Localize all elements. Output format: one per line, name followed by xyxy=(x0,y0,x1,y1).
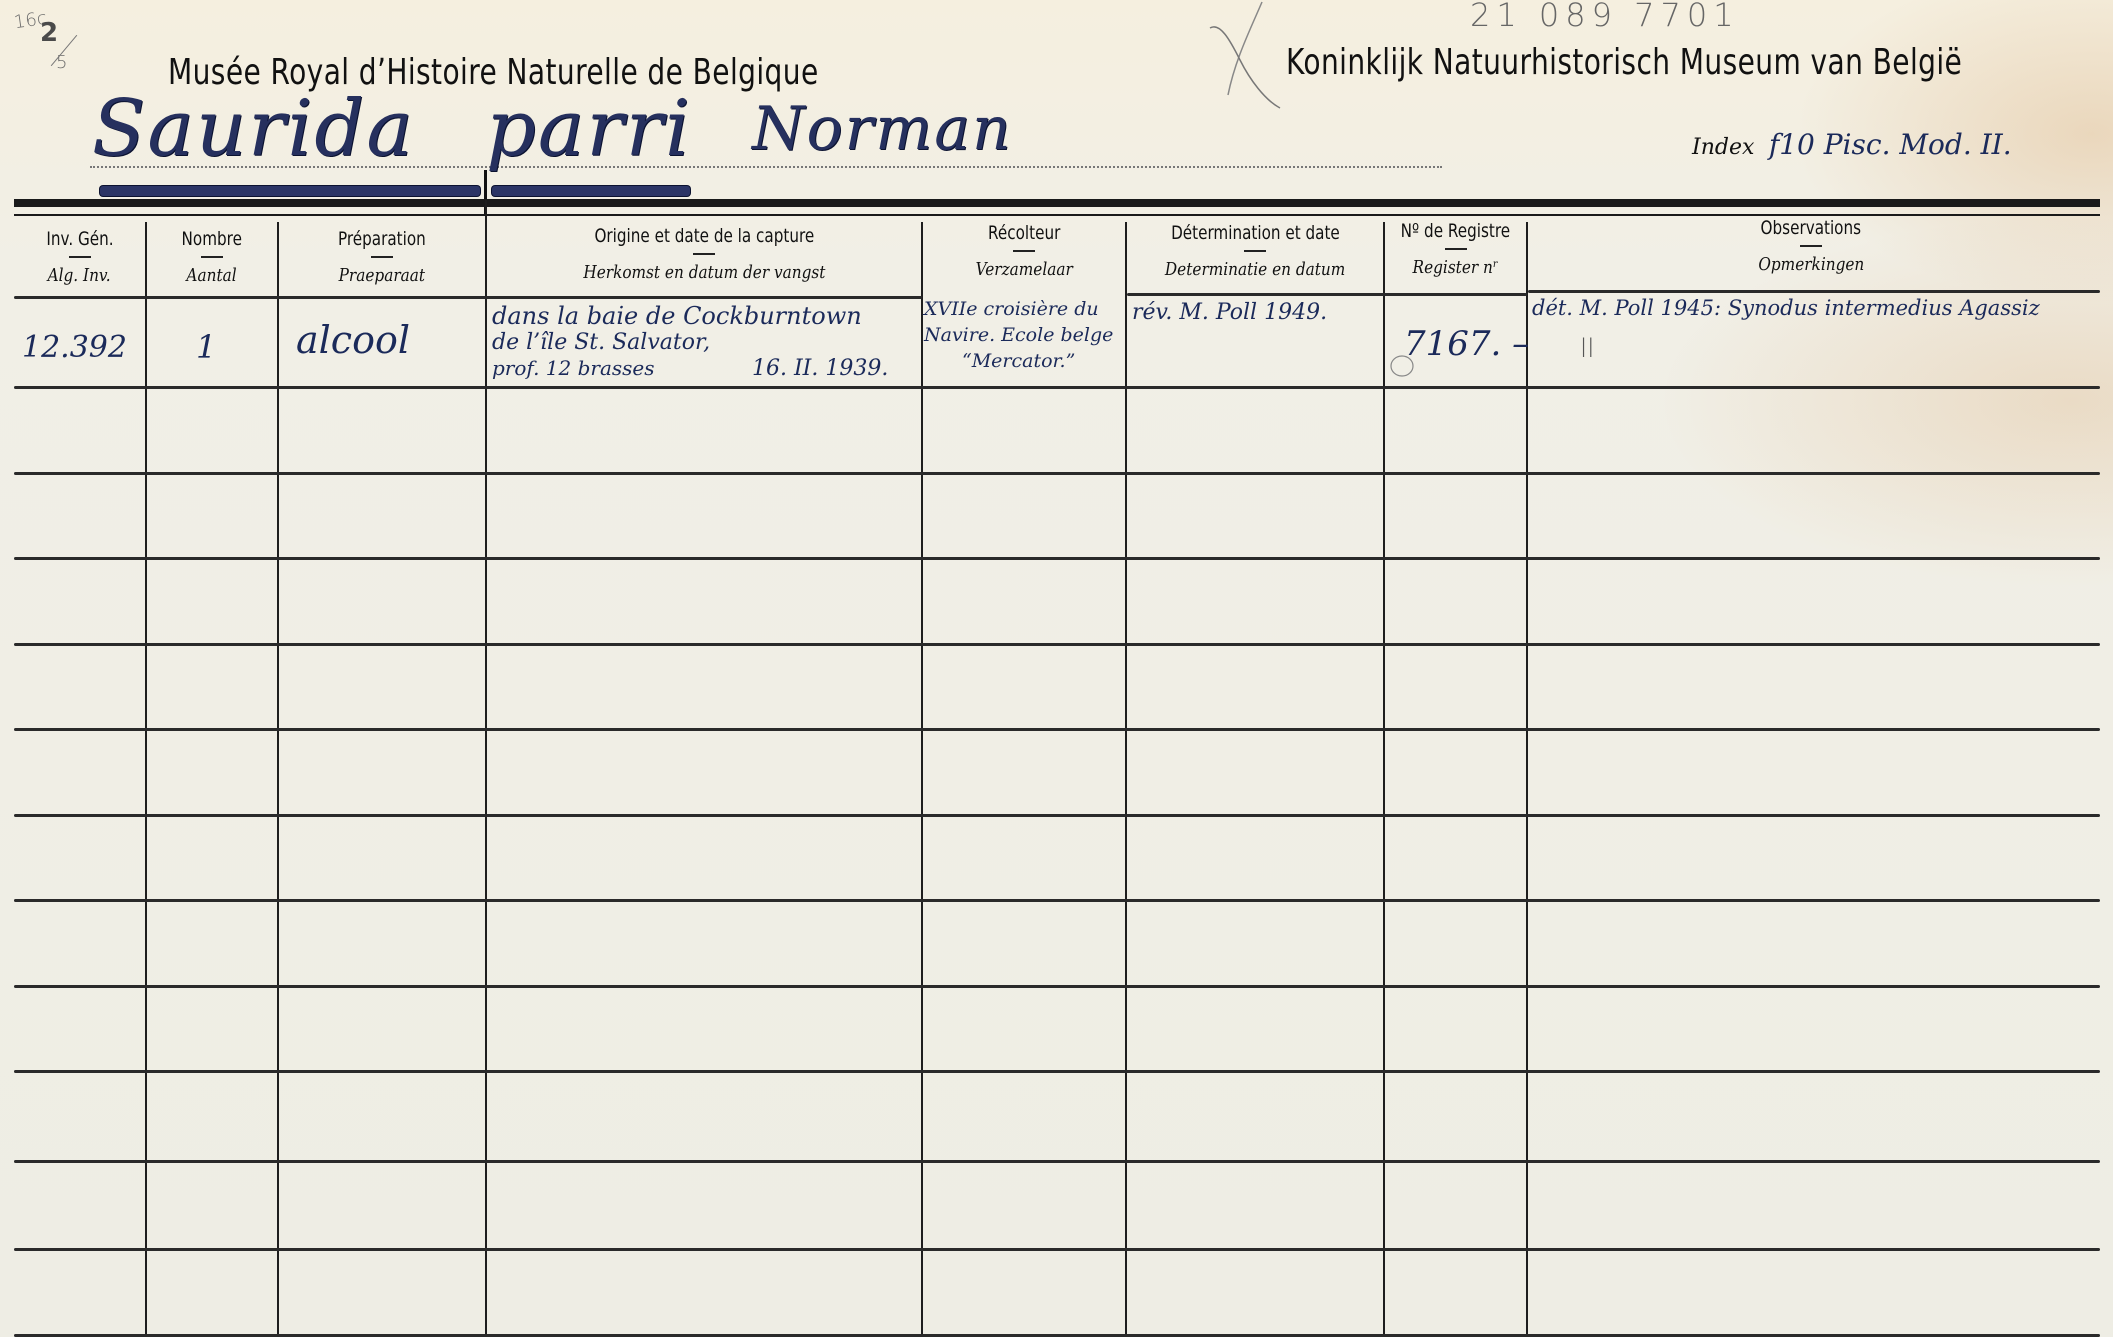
header-dash xyxy=(1445,248,1467,250)
column-divider-1 xyxy=(145,222,147,1337)
column-header-fr: Nombre xyxy=(182,228,242,250)
column-header-nl: Aantal xyxy=(187,265,237,286)
row-line xyxy=(14,386,2100,389)
header-dash xyxy=(1800,245,1822,247)
header-dash xyxy=(69,256,91,258)
column-divider-3 xyxy=(485,200,487,1337)
index-label: Index xyxy=(1692,135,1754,160)
museum-title-dutch: Koninklijk Natuurhistorisch Museum van B… xyxy=(1286,42,1962,83)
cell-nombre: 1 xyxy=(196,328,216,366)
species-epithet: parri xyxy=(486,84,692,174)
cell-registre: 7167. – xyxy=(1404,324,1529,364)
pencil-circle-mark xyxy=(1388,352,1416,380)
column-divider-6 xyxy=(1383,222,1385,1337)
row-line xyxy=(14,472,2100,475)
column-header-registre: Nº de Registre Register nʳ xyxy=(1385,220,1526,278)
index-value: f10 Pisc. Mod. II. xyxy=(1769,128,2012,161)
header-bottom-line xyxy=(1127,293,1527,296)
cell-origine-line-3: prof. 12 brasses xyxy=(492,356,655,380)
column-divider-2 xyxy=(277,222,279,1337)
cell-determination: rév. M. Poll 1949. xyxy=(1132,300,1327,325)
row-line xyxy=(14,557,2100,560)
column-header-origine: Origine et date de la capture Herkomst e… xyxy=(487,225,921,283)
column-header-nl: Alg. Inv. xyxy=(48,265,111,286)
column-header-nombre: Nombre Aantal xyxy=(147,228,277,286)
genus-underline xyxy=(100,186,480,196)
cell-recolteur-line-2: Navire. Ecole belge xyxy=(924,324,1113,346)
column-header-observations: Observations Opmerkingen xyxy=(1528,217,2094,275)
cell-inv-gen: 12.392 xyxy=(22,330,127,365)
cell-origine-date: 16. II. 1939. xyxy=(752,356,888,381)
column-header-fr: Nº de Registre xyxy=(1401,220,1510,242)
column-divider-4 xyxy=(921,222,923,1337)
column-header-fr: Détermination et date xyxy=(1171,222,1340,244)
column-header-fr: Origine et date de la capture xyxy=(594,225,814,247)
row-line xyxy=(14,814,2100,817)
column-header-nl: Determinatie en datum xyxy=(1165,259,1345,280)
header-bottom-line xyxy=(1528,290,2100,293)
pencil-registration-number: 21 089 7701 xyxy=(1470,0,1740,34)
cell-preparation: alcool xyxy=(296,318,410,362)
epithet-underline xyxy=(492,186,690,196)
column-header-determination: Détermination et date Determinatie en da… xyxy=(1127,222,1383,280)
pencil-cross-icon xyxy=(1200,0,1290,110)
pencil-note-2: 2 xyxy=(40,18,58,48)
column-header-nl: Verzamelaar xyxy=(975,259,1072,280)
header-dash xyxy=(201,256,223,258)
cell-origine-line-1: dans la baie de Cockburntown xyxy=(492,302,862,330)
row-line xyxy=(14,728,2100,731)
column-header-fr: Récolteur xyxy=(988,222,1060,244)
cell-origine-line-2: de l’île St. Salvator, xyxy=(492,330,710,355)
header-dash xyxy=(1244,250,1266,252)
header-dash xyxy=(371,256,393,258)
cell-recolteur-line-3: “Mercator.” xyxy=(962,350,1075,372)
row-line xyxy=(14,1070,2100,1073)
cell-observations-line-2: ll xyxy=(1580,334,1594,364)
species-author: Norman xyxy=(752,94,1013,164)
row-line xyxy=(14,1248,2100,1251)
column-divider-7 xyxy=(1526,222,1528,1337)
row-line xyxy=(14,985,2100,988)
row-line xyxy=(14,643,2100,646)
column-header-fr: Inv. Gén. xyxy=(46,228,113,250)
column-header-nl: Praeparaat xyxy=(339,265,425,286)
column-header-nl: Register nʳ xyxy=(1413,257,1499,278)
header-dash xyxy=(693,253,715,255)
column-header-recolteur: Récolteur Verzamelaar xyxy=(923,222,1125,280)
column-header-fr: Préparation xyxy=(338,228,426,250)
header-thin-rule xyxy=(14,214,2100,216)
header-bottom-line xyxy=(14,296,922,299)
pencil-note-top-left: 16c 2 5 xyxy=(14,6,84,66)
species-genus: Saurida xyxy=(92,84,415,174)
header-dash xyxy=(1013,250,1035,252)
row-line xyxy=(14,1160,2100,1163)
column-header-nl: Herkomst en datum der vangst xyxy=(583,262,825,283)
cell-observations-line-1: dét. M. Poll 1945: Synodus intermedius A… xyxy=(1532,296,2040,320)
column-divider-5 xyxy=(1125,222,1127,1337)
row-line xyxy=(14,899,2100,902)
header-thick-rule xyxy=(14,199,2100,207)
index-field: Index f10 Pisc. Mod. II. xyxy=(1692,128,2012,161)
cell-recolteur-line-1: XVIIe croisière du xyxy=(924,298,1099,320)
column-header-fr: Observations xyxy=(1761,217,1861,239)
column-header-inv-gen: Inv. Gén. Alg. Inv. xyxy=(14,228,145,286)
column-header-nl: Opmerkingen xyxy=(1758,254,1864,275)
column-header-preparation: Préparation Praeparaat xyxy=(279,228,485,286)
